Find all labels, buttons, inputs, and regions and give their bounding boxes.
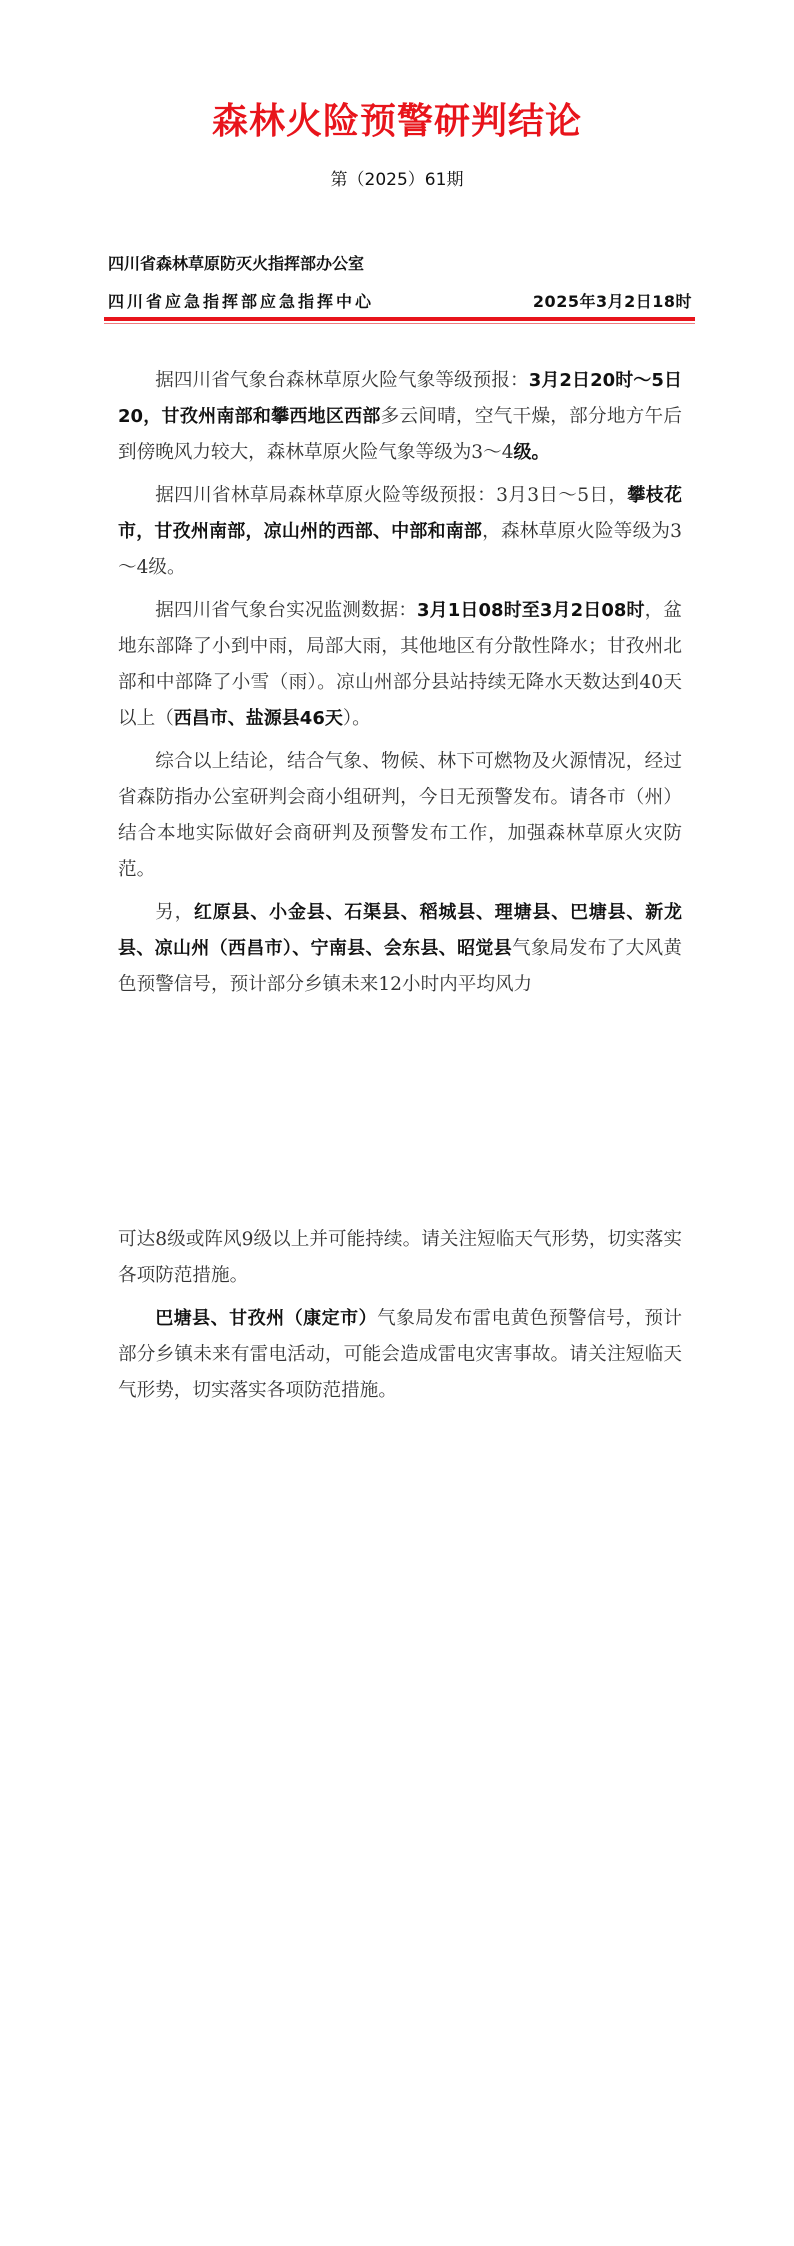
red-divider-thick	[104, 317, 695, 321]
issue-number: 第（2025）61期	[0, 166, 794, 194]
issue-datetime: 2025年3月2日18时	[533, 290, 692, 314]
text-segment: 综合以上结论，结合气象、物候、林下可燃物及火源情况，经过省森防指办公室研判会商小…	[118, 751, 682, 880]
paragraph-monitoring-data: 据四川省气象台实况监测数据：3月1日08时至3月2日08时，盆地东部降了小到中雨…	[118, 593, 682, 737]
document-title: 森林火险预警研判结论	[0, 96, 794, 146]
text-segment: 据四川省林草局森林草原火险等级预报：3月3日～5日，	[155, 485, 627, 506]
bold-segment: 西昌市、盐源县46天	[174, 708, 343, 729]
text-segment: 另，	[155, 902, 194, 923]
paragraph-wind-warning: 另，红原县、小金县、石渠县、稻城县、理塘县、巴塘县、新龙县、凉山州（西昌市）、宁…	[118, 895, 682, 1003]
issuer-forest-fire-office: 四川省森林草原防灭火指挥部办公室	[108, 252, 364, 276]
bold-segment: 3月1日08时至3月2日08时	[417, 600, 645, 621]
issuer-emergency-center: 四川省应急指挥部应急指挥中心	[108, 290, 374, 314]
issuer-line-1: 四川省森林草原防灭火指挥部办公室	[108, 252, 692, 276]
blank-gap	[118, 1010, 682, 1222]
paragraph-weather-forecast: 据四川省气象台森林草原火险气象等级预报：3月2日20时～5日20，甘孜州南部和攀…	[118, 363, 682, 471]
red-divider-thin	[104, 323, 695, 324]
document-body: 据四川省气象台森林草原火险气象等级预报：3月2日20时～5日20，甘孜州南部和攀…	[118, 363, 682, 1416]
issuer-line-2: 四川省应急指挥部应急指挥中心 2025年3月2日18时	[108, 290, 692, 314]
paragraph-thunder-warning: 巴塘县、甘孜州（康定市）气象局发布雷电黄色预警信号，预计部分乡镇未来有雷电活动，…	[118, 1301, 682, 1409]
paragraph-conclusion: 综合以上结论，结合气象、物候、林下可燃物及火源情况，经过省森防指办公室研判会商小…	[118, 744, 682, 888]
bold-segment: 级。	[514, 442, 550, 463]
paragraph-forestry-forecast: 据四川省林草局森林草原火险等级预报：3月3日～5日，攀枝花市，甘孜州南部，凉山州…	[118, 478, 682, 586]
paragraph-wind-warning-continued: 可达8级或阵风9级以上并可能持续。请关注短临天气形势，切实落实各项防范措施。	[118, 1222, 682, 1294]
bold-segment: 巴塘县、甘孜州（康定市）	[155, 1308, 377, 1329]
text-segment: 据四川省气象台实况监测数据：	[155, 600, 417, 621]
text-segment: 可达8级或阵风9级以上并可能持续。请关注短临天气形势，切实落实各项防范措施。	[118, 1229, 682, 1286]
text-segment: 据四川省气象台森林草原火险气象等级预报：	[155, 370, 529, 391]
text-segment: ）。	[343, 708, 371, 729]
